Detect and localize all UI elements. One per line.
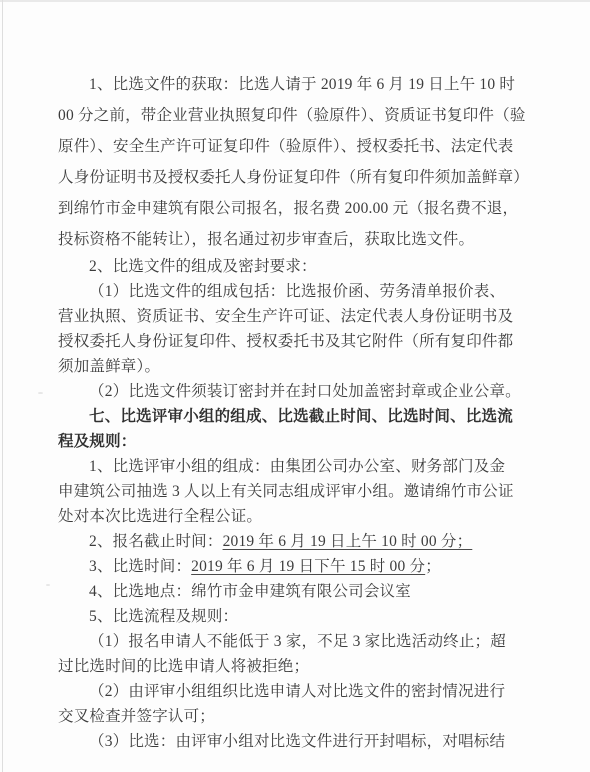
doc-line-selection-place: 4、比选地点：绵竹市金申建筑有限公司会议室	[58, 579, 521, 604]
doc-line-file-obtainment-2: 00 分之前，带企业营业执照复印件（验原件）、资质证书复印件（验	[58, 100, 529, 131]
doc-line-composition-2: 营业执照、资质证书、安全生产许可证、法定代表人身份证明书及	[58, 304, 521, 329]
deadline-label: 2、报名截止时间：	[89, 533, 223, 550]
doc-line-file-obtainment-4: 人身份证明书及授权委托人身份证复印件（所有复印件须加盖鲜章）	[58, 162, 529, 193]
doc-body-lower: 2、比选文件的组成及密封要求： （1）比选文件的组成包括：比选报价函、劳务清单报…	[58, 254, 521, 754]
doc-line-file-obtainment-5: 到绵竹市金申建筑有限公司报名，报名费 200.00 元（报名费不退，	[58, 193, 529, 224]
doc-heading-section7-line2: 程及规则：	[58, 429, 521, 454]
deadline-value-underlined: 2019 年 6 月 19 日上午 10 时 00 分；	[223, 533, 473, 550]
doc-line-rule2-2: 交叉检查并签字认可；	[58, 704, 521, 729]
doc-line-review-team-1: 1、比选评审小组的组成：由集团公司办公室、财务部门及金	[58, 454, 521, 479]
doc-line-file-obtainment-3: 原件）、安全生产许可证复印件（验原件）、授权委托书、法定代表	[58, 131, 529, 162]
doc-line-rule1-1: （1）报名申请人不能低于 3 家，不足 3 家比选活动终止；超	[58, 629, 521, 654]
doc-heading-section7-line1: 七、比选评审小组的组成、比选截止时间、比选时间、比选流	[58, 404, 521, 429]
doc-line-rule2-1: （2）由评审小组组织比选申请人对比选文件的密封情况进行	[58, 679, 521, 704]
doc-line-selection-time: 3、比选时间：2019 年 6 月 19 日下午 15 时 00 分；	[58, 554, 521, 579]
doc-line-composition-4: 须加盖鲜章）。	[58, 354, 521, 379]
doc-line-file-obtainment-6: 投标资格不能转让），报名通过初步审查后，获取比选文件。	[58, 224, 529, 255]
scan-edge-top	[0, 0, 590, 2]
doc-line-sealing-rule: （2）比选文件须装订密封并在封口处加盖密封章或企业公章。	[58, 379, 521, 404]
doc-line-signup-deadline: 2、报名截止时间：2019 年 6 月 19 日上午 10 时 00 分；	[58, 529, 521, 554]
doc-line-rule3-1: （3）比选：由评审小组对比选文件进行开封唱标，对唱标结	[58, 729, 521, 754]
scan-speck	[46, 584, 50, 586]
doc-line-review-team-3: 处对本次比选进行全程公证。	[58, 504, 521, 529]
doc-line-composition-3: 授权委托人身份证复印件、授权委托书及其它附件（所有复印件都	[58, 329, 521, 354]
selection-time-suffix: ；	[425, 558, 441, 575]
scan-edge-left	[2, 0, 3, 772]
doc-line-process-title: 5、比选流程及规则：	[58, 604, 521, 629]
doc-line-file-obtainment-1: 1、比选文件的获取：比选人请于 2019 年 6 月 19 日上午 10 时	[58, 69, 529, 100]
doc-line-composition-1: （1）比选文件的组成包括：比选报价函、劳务清单报价表、	[58, 279, 521, 304]
selection-time-value-underlined: 2019 年 6 月 19 日下午 15 时 00 分	[191, 558, 425, 575]
scan-speck	[38, 392, 43, 394]
selection-time-label: 3、比选时间：	[89, 558, 191, 575]
doc-line-composition-title: 2、比选文件的组成及密封要求：	[58, 254, 521, 279]
scanned-document-page: 1、比选文件的获取：比选人请于 2019 年 6 月 19 日上午 10 时 0…	[0, 0, 590, 772]
doc-paragraph-file-obtainment: 1、比选文件的获取：比选人请于 2019 年 6 月 19 日上午 10 时 0…	[58, 69, 529, 255]
doc-line-rule1-2: 过比选时间的比选申请人将被拒绝；	[58, 654, 521, 679]
doc-line-review-team-2: 申建筑公司抽选 3 人以上有关同志组成评审小组。邀请绵竹市公证	[58, 479, 521, 504]
